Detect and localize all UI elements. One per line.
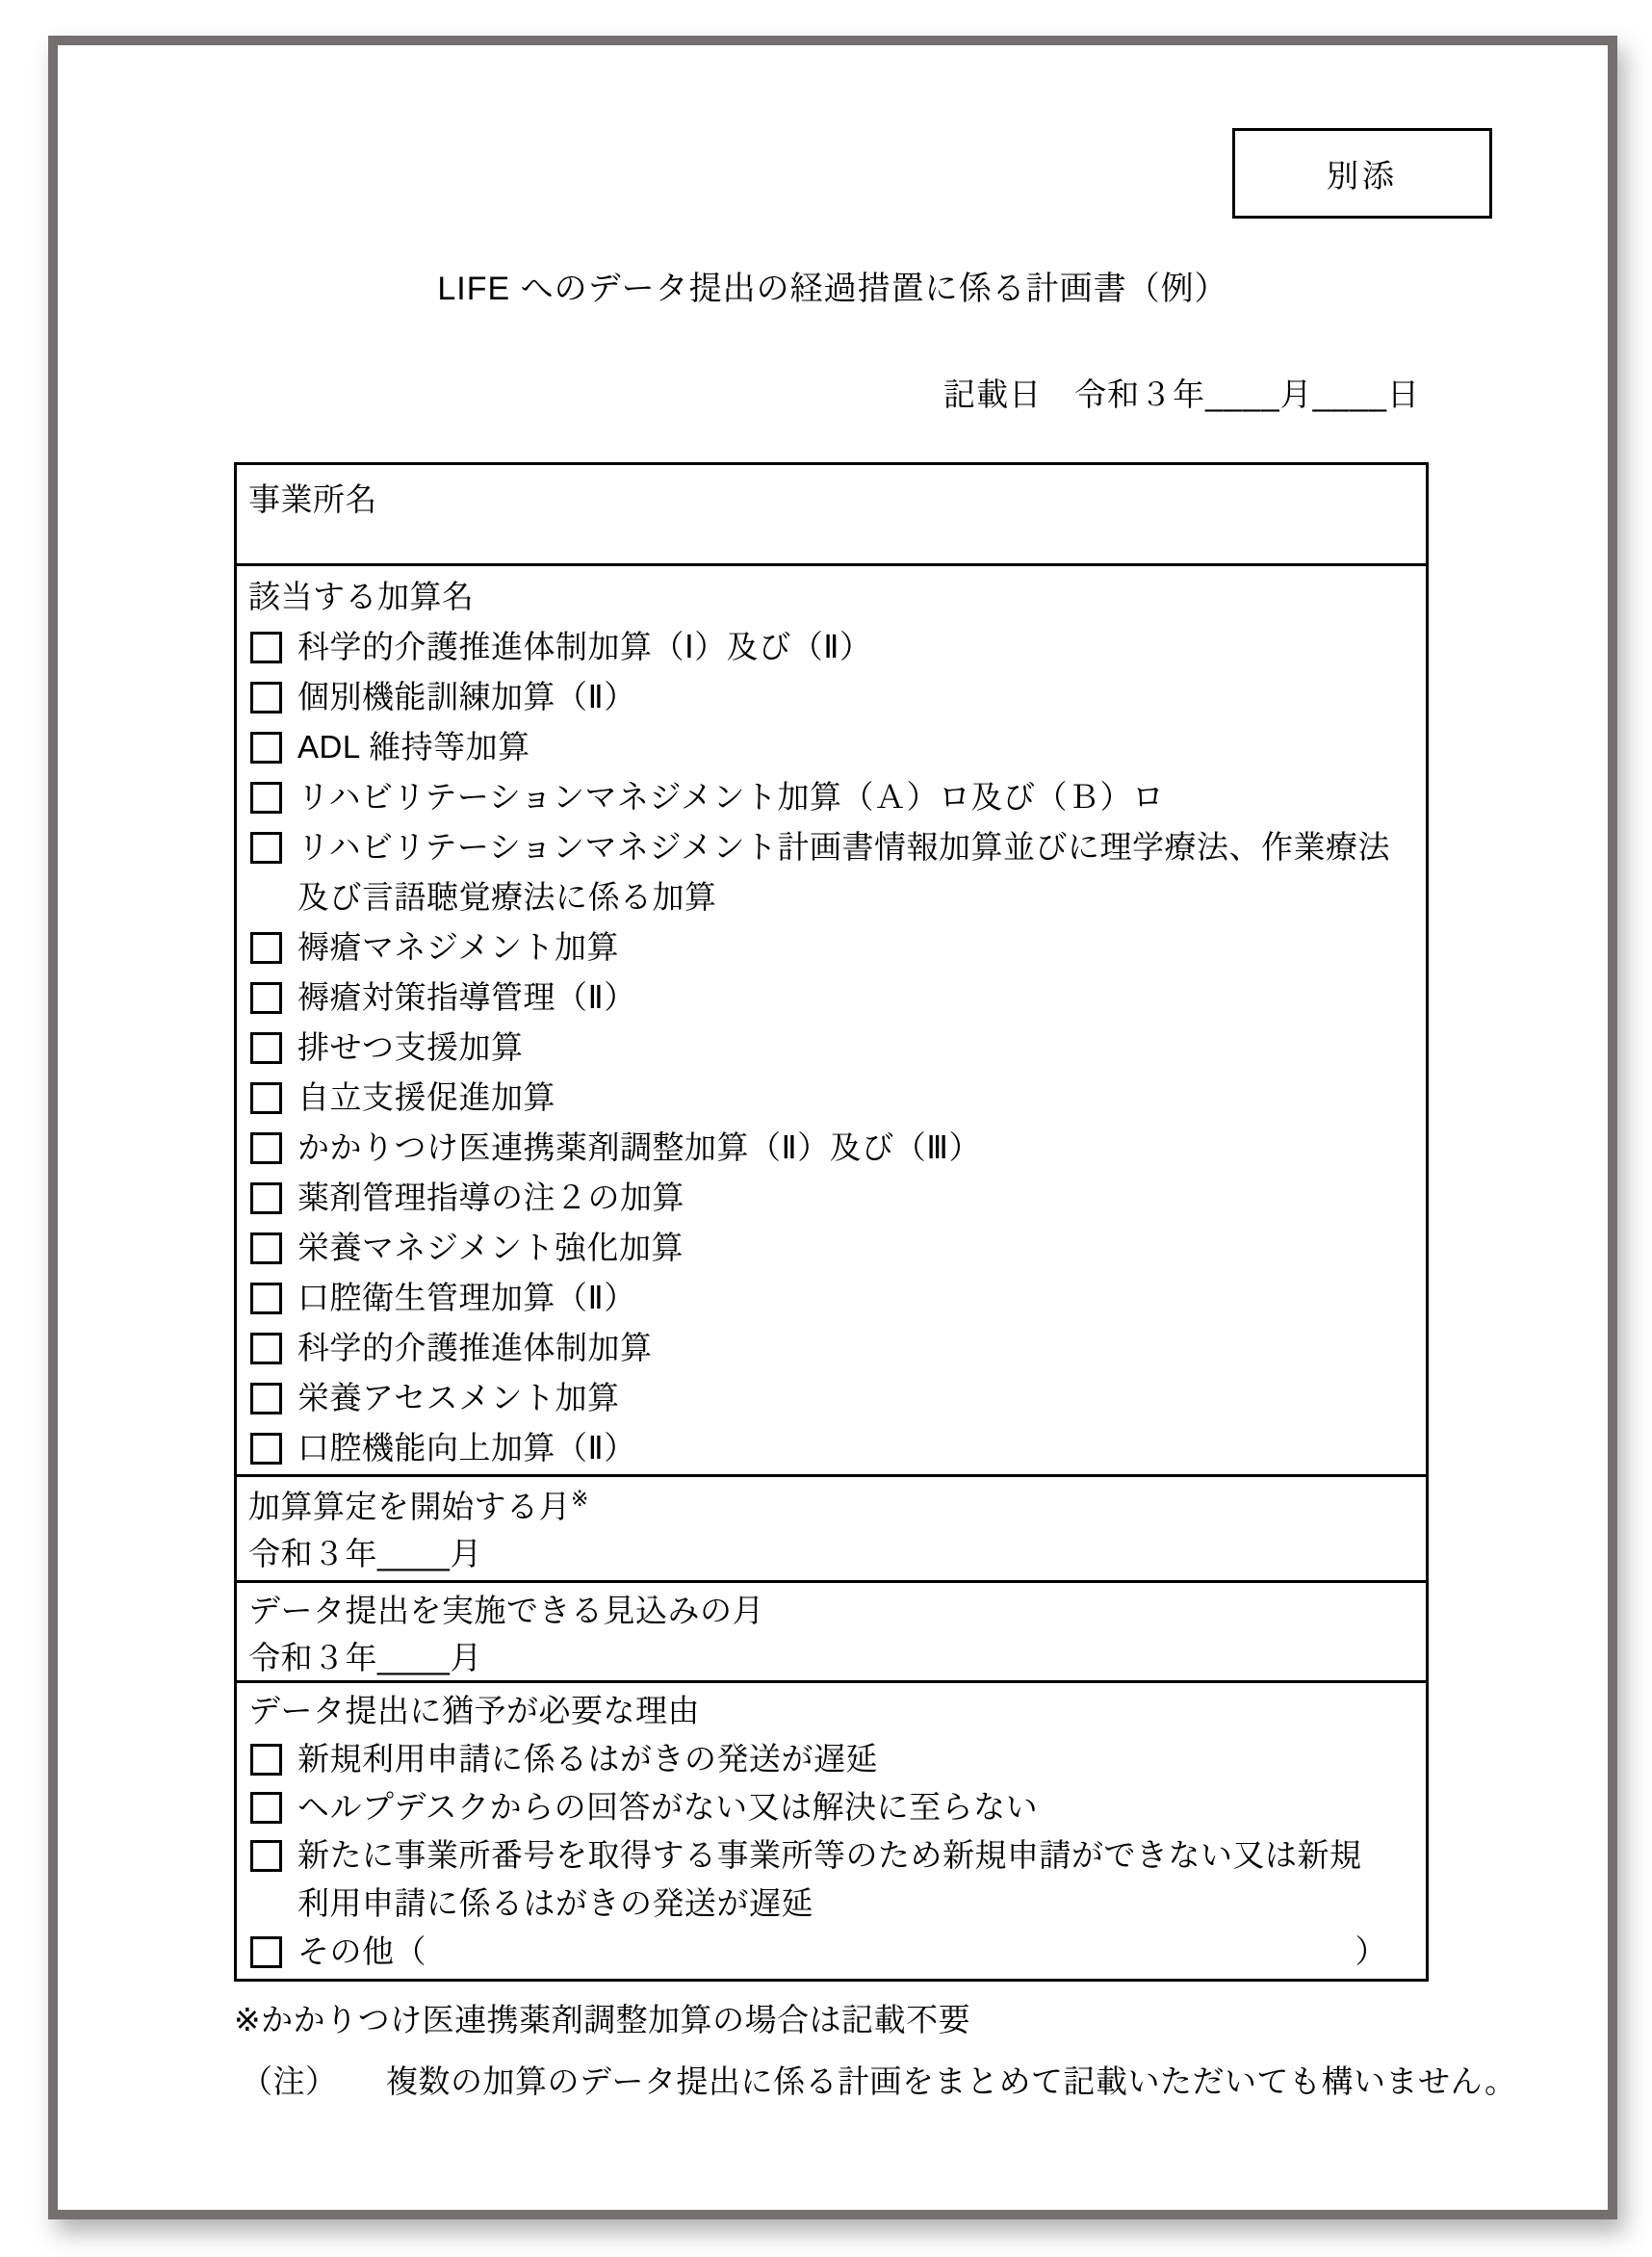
reason-item-row: 新たに事業所番号を取得する事業所等のため新規申請ができない又は新規利用申請に係る… [248,1831,1414,1928]
start-month-row: 加算算定を開始する月※ 令和３年____月 [237,1477,1426,1583]
addition-item-row: 排せつ支援加算 [248,1023,1414,1073]
addition-item-row: 自立支援促進加算 [248,1073,1414,1123]
addition-item-label: 褥瘡マネジメント加算 [297,922,1414,973]
addition-item-label: 褥瘡対策指導管理（Ⅱ） [297,973,1414,1023]
reason-item-row: ヘルプデスクからの回答がない又は解決に至らない [248,1783,1414,1831]
addition-item-label: 口腔機能向上加算（Ⅱ） [297,1423,1414,1473]
start-month-value-line: 令和３年____月 [248,1530,1414,1577]
checkbox[interactable] [250,732,282,764]
addition-item-label: 栄養マネジメント強化加算 [297,1223,1414,1273]
additions-row: 該当する加算名 科学的介護推進体制加算（Ⅰ）及び（Ⅱ） 個別機能訓練加算（Ⅱ） [237,566,1426,1477]
addition-item-row: 栄養アセスメント加算 [248,1373,1414,1423]
office-name-value[interactable] [248,525,1414,566]
checkbox[interactable] [250,1132,282,1164]
addition-item-row: リハビリテーションマネジメント加算（Ａ）ロ及び（Ｂ）ロ [248,772,1414,822]
checkbox[interactable] [250,1433,282,1465]
checkbox[interactable] [250,1283,282,1314]
expected-month-value-line: 令和３年____月 [248,1634,1414,1681]
reason-item-close-paren: ） [1355,1928,1415,1976]
additions-checkbox-list: 科学的介護推進体制加算（Ⅰ）及び（Ⅱ） 個別機能訓練加算（Ⅱ） ADL 維持等加… [248,622,1414,1473]
addition-item-row: 科学的介護推進体制加算 [248,1323,1414,1373]
addition-item-row: ADL 維持等加算 [248,722,1414,772]
start-month-note-mark: ※ [571,1487,589,1511]
footnote-no-entry-required: ※かかりつけ医連携薬剤調整加算の場合は記載不要 [234,1995,970,2040]
checkbox[interactable] [250,682,282,713]
checkbox[interactable] [250,782,282,814]
plan-form-table: 事業所名 該当する加算名 科学的介護推進体制加算（Ⅰ）及び（Ⅱ） [234,462,1429,1982]
screenshot-canvas: 別添 LIFE へのデータ提出の経過措置に係る計画書（例） 記載日 令和３年__… [0,0,1652,2257]
checkbox[interactable] [250,1032,282,1064]
addition-item-label: 口腔衛生管理加算（Ⅱ） [297,1273,1414,1323]
reasons-header: データ提出に猶予が必要な理由 [248,1687,1414,1735]
checkbox[interactable] [250,932,282,964]
addition-item-label: 自立支援促進加算 [297,1073,1414,1123]
addition-item-row: 科学的介護推進体制加算（Ⅰ）及び（Ⅱ） [248,622,1414,672]
addition-item-row: 薬剤管理指導の注２の加算 [248,1173,1414,1223]
attachment-label: 別添 [1327,151,1398,196]
addition-item-row: リハビリテーションマネジメント計画書情報加算並びに理学療法、作業療法及び言語聴覚… [248,822,1414,922]
reason-item-row: その他（ ） [248,1928,1414,1976]
attachment-label-box: 別添 [1232,128,1492,219]
addition-item-row: 褥瘡マネジメント加算 [248,922,1414,973]
addition-item-row: 栄養マネジメント強化加算 [248,1223,1414,1273]
addition-item-row: 口腔衛生管理加算（Ⅱ） [248,1273,1414,1323]
addition-item-label: 科学的介護推進体制加算 [297,1323,1414,1373]
checkbox[interactable] [250,1792,282,1824]
addition-item-label: ADL 維持等加算 [297,722,1414,772]
reasons-row: データ提出に猶予が必要な理由 新規利用申請に係るはがきの発送が遅延 ヘルプデスク… [237,1683,1426,1979]
date-entry-line: 記載日 令和３年____月____日 [943,370,1420,415]
reason-item-label: その他（ [297,1928,1355,1976]
page-title: LIFE へのデータ提出の経過措置に係る計画書（例） [58,262,1608,309]
document-page: 別添 LIFE へのデータ提出の経過措置に係る計画書（例） 記載日 令和３年__… [48,36,1617,2219]
checkbox[interactable] [250,982,282,1014]
addition-item-row: かかりつけ医連携薬剤調整加算（Ⅱ）及び（Ⅲ） [248,1123,1414,1173]
checkbox[interactable] [250,1182,282,1214]
office-name-label: 事業所名 [248,475,1414,525]
reason-item-row: 新規利用申請に係るはがきの発送が遅延 [248,1735,1414,1783]
checkbox[interactable] [250,1082,282,1114]
addition-item-row: 個別機能訓練加算（Ⅱ） [248,672,1414,722]
addition-item-row: 褥瘡対策指導管理（Ⅱ） [248,973,1414,1023]
additions-header: 該当する加算名 [248,572,1414,622]
reason-item-label: 新たに事業所番号を取得する事業所等のため新規申請ができない又は新規利用申請に係る… [297,1831,1387,1928]
checkbox[interactable] [250,1333,282,1364]
addition-item-row: 口腔機能向上加算（Ⅱ） [248,1423,1414,1473]
checkbox[interactable] [250,1383,282,1414]
expected-month-label: データ提出を実施できる見込みの月 [248,1587,1414,1634]
checkbox[interactable] [250,1232,282,1264]
addition-item-label: かかりつけ医連携薬剤調整加算（Ⅱ）及び（Ⅲ） [297,1123,1414,1173]
checkbox[interactable] [250,832,282,864]
addition-item-label: 薬剤管理指導の注２の加算 [297,1173,1414,1223]
office-name-row: 事業所名 [237,465,1426,566]
addition-item-label: リハビリテーションマネジメント加算（Ａ）ロ及び（Ｂ）ロ [297,772,1414,822]
reason-item-label: 新規利用申請に係るはがきの発送が遅延 [297,1735,1387,1783]
addition-item-label: 科学的介護推進体制加算（Ⅰ）及び（Ⅱ） [297,622,1414,672]
start-month-label: 加算算定を開始する月※ [248,1483,1414,1530]
addition-item-label: 排せつ支援加算 [297,1023,1414,1073]
start-month-label-text: 加算算定を開始する月 [248,1489,571,1524]
checkbox[interactable] [250,1840,282,1872]
addition-item-label: 栄養アセスメント加算 [297,1373,1414,1423]
addition-item-label: 個別機能訓練加算（Ⅱ） [297,672,1414,722]
checkbox[interactable] [250,1744,282,1776]
footnote-combined-plans: （注） 複数の加算のデータ提出に係る計画をまとめて記載いただいても構いません。 [241,2057,1516,2102]
checkbox[interactable] [250,1936,282,1968]
addition-item-label: リハビリテーションマネジメント計画書情報加算並びに理学療法、作業療法及び言語聴覚… [297,822,1414,922]
expected-month-row: データ提出を実施できる見込みの月 令和３年____月 [237,1583,1426,1683]
reason-item-label: ヘルプデスクからの回答がない又は解決に至らない [297,1783,1387,1831]
reasons-checkbox-list: 新規利用申請に係るはがきの発送が遅延 ヘルプデスクからの回答がない又は解決に至ら… [248,1735,1414,1976]
checkbox[interactable] [250,632,282,663]
